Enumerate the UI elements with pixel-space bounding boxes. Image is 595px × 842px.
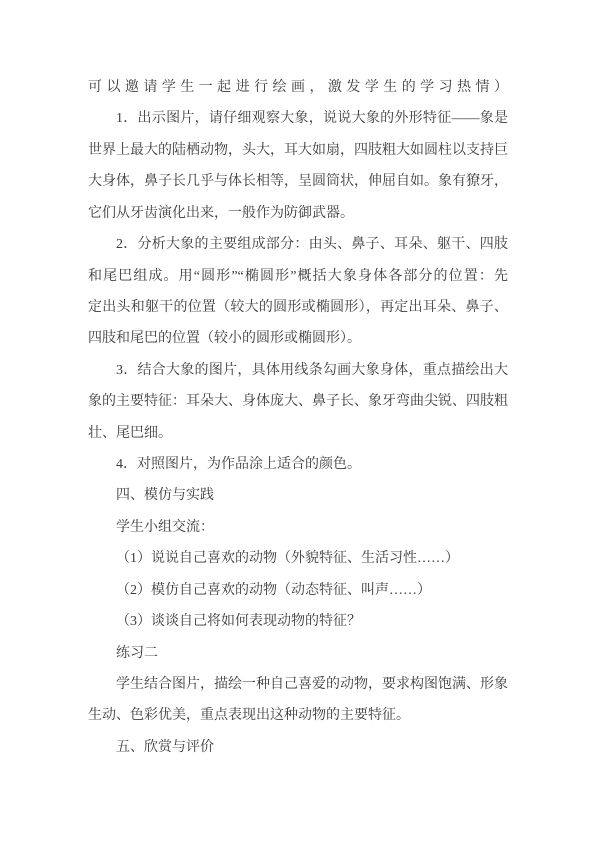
text-line: （2）模仿自己喜欢的动物（动态特征、叫声……） — [88, 575, 508, 606]
text-line: 生动、色彩优美，重点表现出这种动物的主要特征。 — [88, 700, 508, 731]
section-heading: 五、欣赏与评价 — [88, 732, 508, 763]
text-line: 可以邀请学生一起进行绘画，激发学生的学习热情） — [88, 72, 508, 103]
text-line: 和尾巴组成。用“圆形”“椭圆形”概括大象身体各部分的位置：先 — [88, 261, 508, 292]
text-line: 世界上最大的陆栖动物，头大，耳大如扇，四肢粗大如圆柱以支持巨 — [88, 135, 508, 166]
document-text-block: 可以邀请学生一起进行绘画，激发学生的学习热情） 1．出示图片，请仔细观察大象，说… — [88, 72, 508, 763]
document-page: 可以邀请学生一起进行绘画，激发学生的学习热情） 1．出示图片，请仔细观察大象，说… — [0, 0, 595, 842]
text-line: 四肢和尾巴的位置（较小的圆形或椭圆形）。 — [88, 323, 508, 354]
text-line: 它们从牙齿演化出来，一般作为防御武器。 — [88, 198, 508, 229]
text-line: 大身体，鼻子长几乎与体长相等，呈圆筒状，伸屈自如。象有獠牙， — [88, 166, 508, 197]
text-line: 壮、尾巴细。 — [88, 418, 508, 449]
text-line: （3）谈谈自己将如何表现动物的特征？ — [88, 606, 508, 637]
text-line: 练习二 — [88, 638, 508, 669]
text-line: 1．出示图片，请仔细观察大象，说说大象的外形特征——象是 — [88, 103, 508, 134]
text-line: （1）说说自己喜欢的动物（外貌特征、生活习性……） — [88, 543, 508, 574]
text-line: 4．对照图片，为作品涂上适合的颜色。 — [88, 449, 508, 480]
text-line: 定出头和躯干的位置（较大的圆形或椭圆形），再定出耳朵、鼻子、 — [88, 292, 508, 323]
section-heading: 四、模仿与实践 — [88, 480, 508, 511]
text-line: 象的主要特征：耳朵大、身体庞大、鼻子长、象牙弯曲尖锐、四肢粗 — [88, 386, 508, 417]
text-line: 2．分析大象的主要组成部分：由头、鼻子、耳朵、躯干、四肢 — [88, 229, 508, 260]
text-line: 学生结合图片，描绘一种自己喜爱的动物，要求构图饱满、形象 — [88, 669, 508, 700]
text-line: 学生小组交流： — [88, 512, 508, 543]
text-line: 3．结合大象的图片，具体用线条勾画大象身体，重点描绘出大 — [88, 355, 508, 386]
